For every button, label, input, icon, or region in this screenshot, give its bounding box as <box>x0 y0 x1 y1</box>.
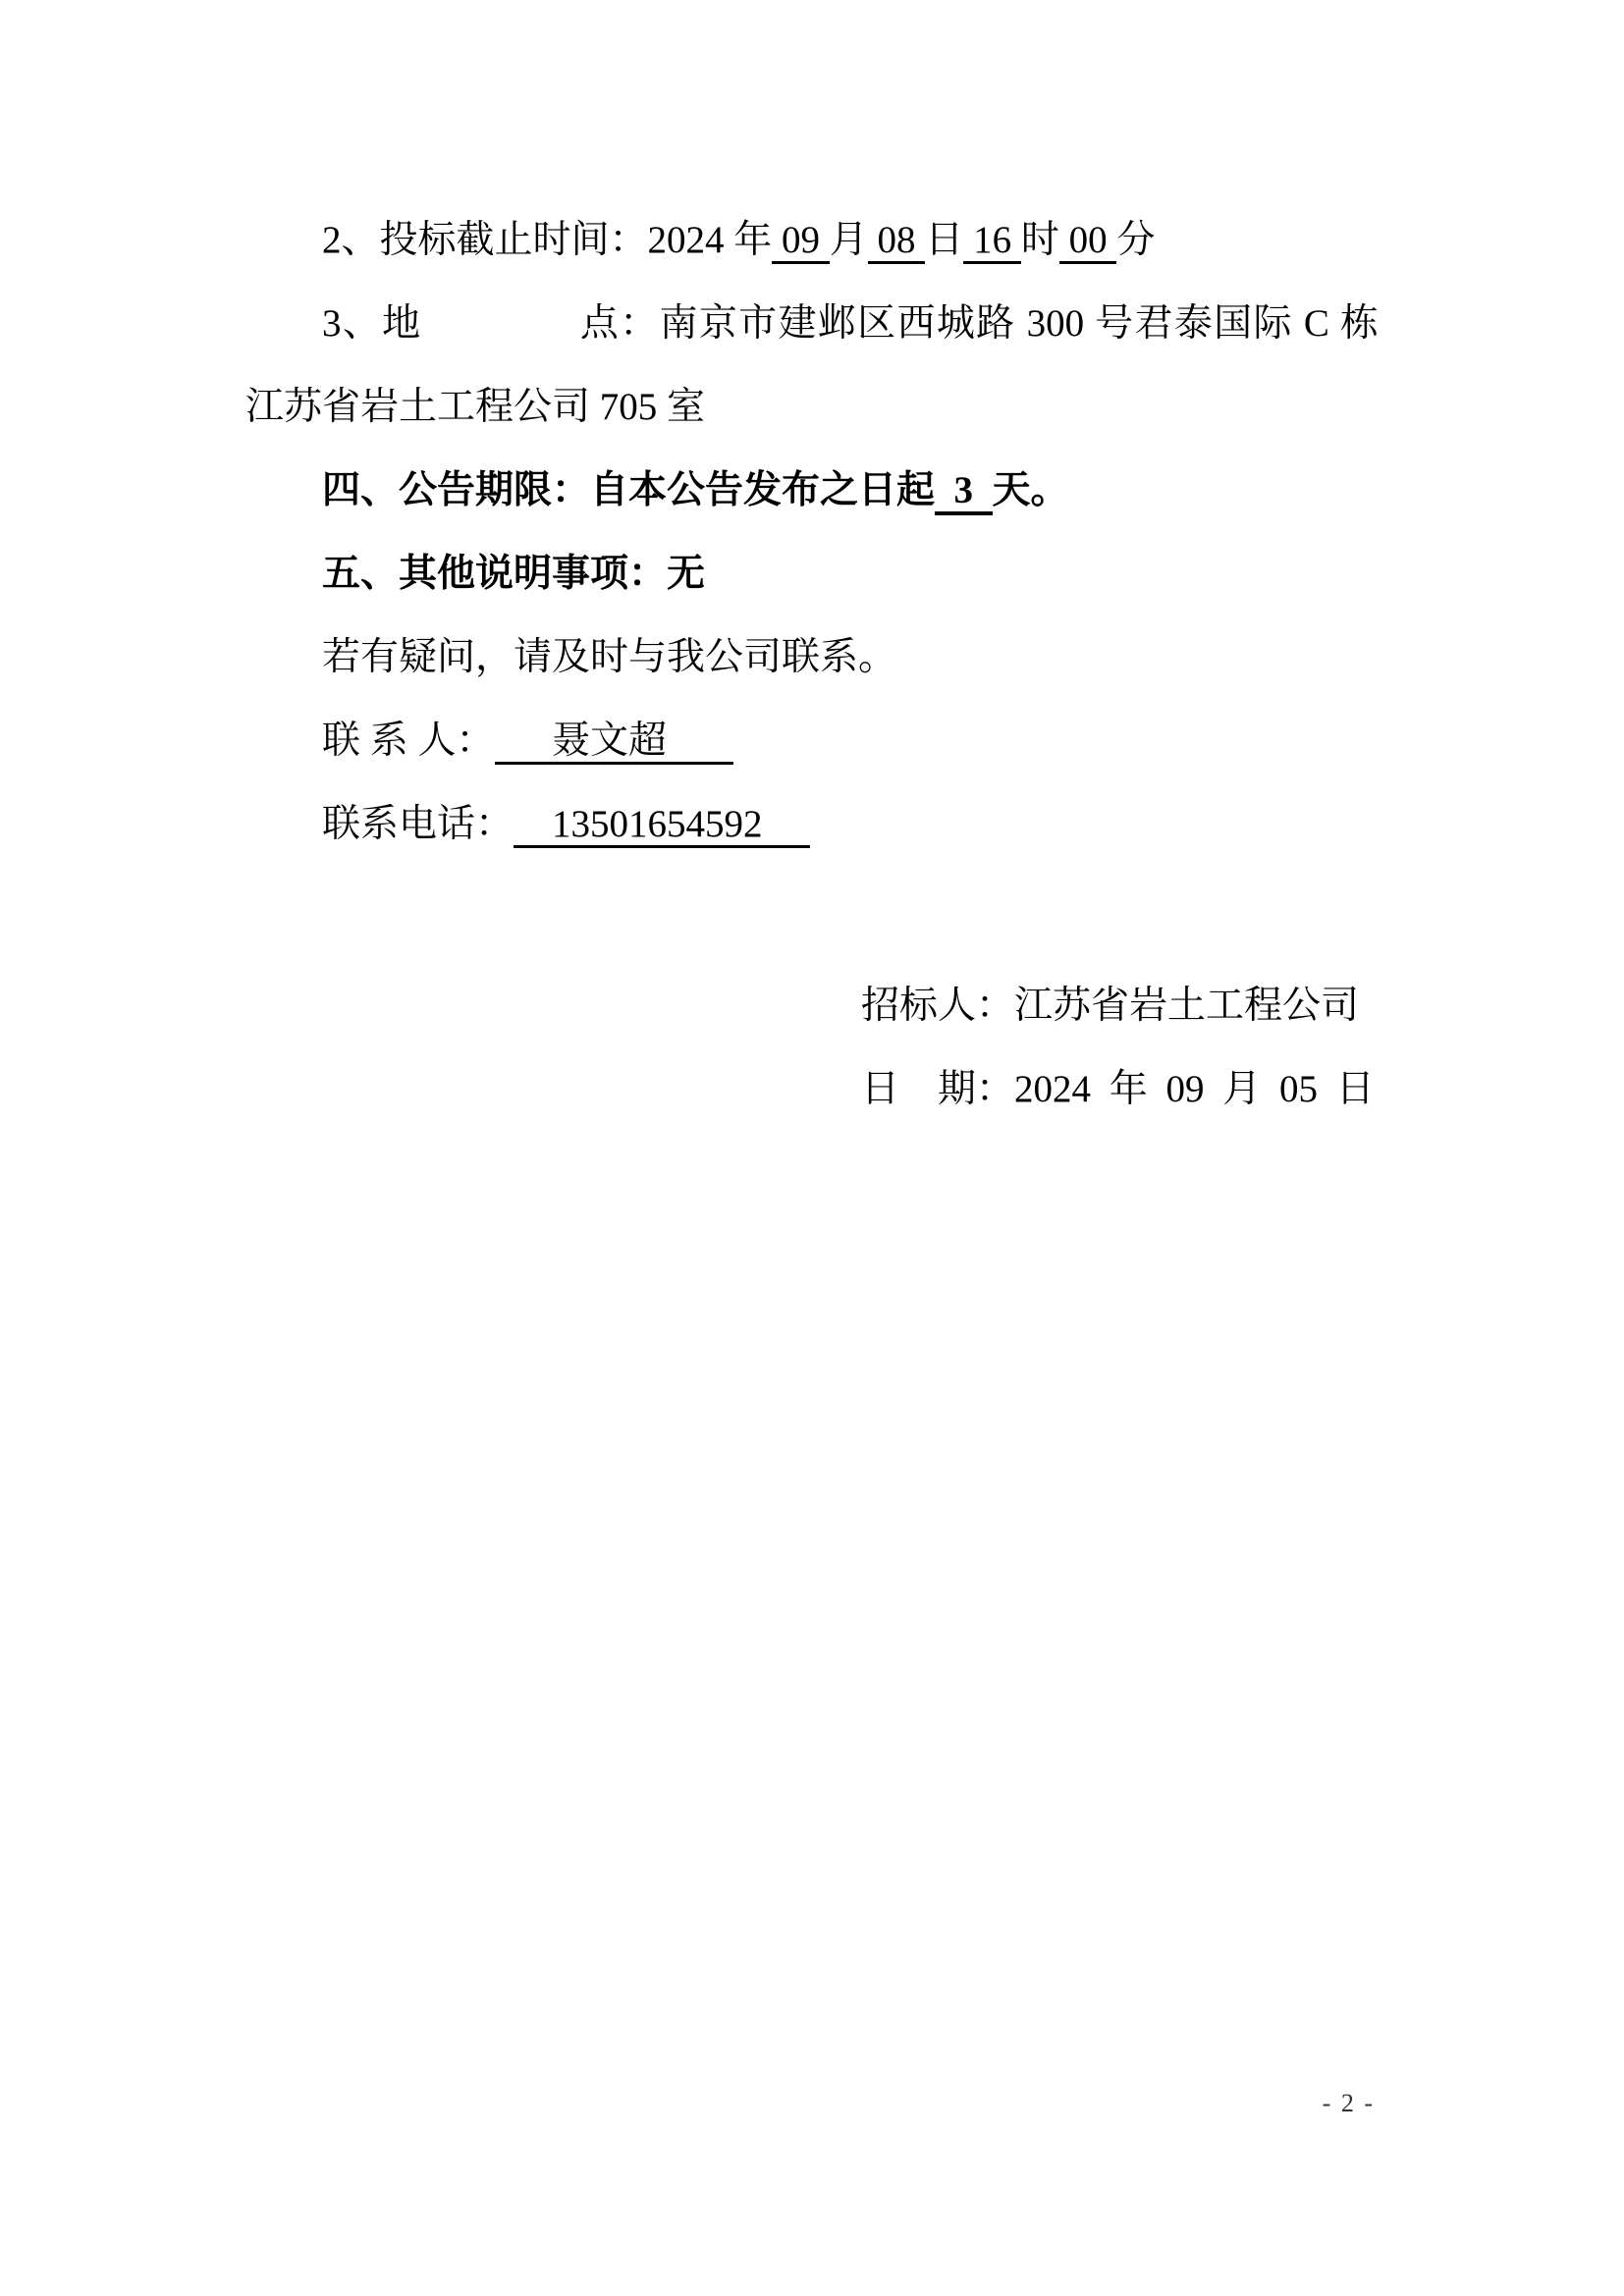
notice-period-line: 四、公告期限：自本公告发布之日起 3 天。 <box>245 449 1379 532</box>
location-line: 3、地 点：南京市建邺区西城路 300 号君泰国际 C 栋江苏省岩土工程公司 7… <box>245 282 1379 449</box>
other-notes-line: 五、其他说明事项：无 <box>245 532 1379 615</box>
location-label: 3、地 点： <box>322 302 660 345</box>
deadline-minute-blank: 00 <box>1059 219 1117 264</box>
deadline-hour-blank: 16 <box>963 219 1021 264</box>
notice-period-blank: 3 <box>935 469 993 515</box>
deadline-minute-unit: 分 <box>1116 219 1155 261</box>
page-number: - 2 - <box>1323 2089 1375 2118</box>
deadline-month-unit: 月 <box>830 219 868 261</box>
signature-block: 招标人：江苏省岩土工程公司 日 期：2024 年 09 月 05 日 <box>861 964 1379 1131</box>
deadline-year: 2024 年 <box>648 219 773 261</box>
tenderer-line: 招标人：江苏省岩土工程公司 <box>861 964 1379 1047</box>
notice-period-prefix: 四、公告期限：自本公告发布之日起 <box>322 469 935 511</box>
contact-person-value: 聂文超 <box>495 720 734 765</box>
contact-phone-label: 联系电话： <box>322 803 514 845</box>
deadline-day-unit: 日 <box>925 219 963 261</box>
contact-person-line: 联 系 人： 聂文超 <box>245 699 1379 782</box>
contact-phone-value: 13501654592 <box>514 803 810 848</box>
notice-period-suffix: 天。 <box>993 469 1069 511</box>
deadline-label: 2、投标截止时间： <box>322 219 648 261</box>
document-body: 2、投标截止时间：2024 年 09 月 08 日 16 时 00 分 3、地 … <box>245 198 1379 1131</box>
contact-person-label: 联 系 人： <box>322 720 495 762</box>
contact-note-line: 若有疑问，请及时与我公司联系。 <box>245 615 1379 699</box>
deadline-day-blank: 08 <box>868 219 926 264</box>
contact-phone-line: 联系电话： 13501654592 <box>245 782 1379 866</box>
document-page: 2、投标截止时间：2024 年 09 月 08 日 16 时 00 分 3、地 … <box>0 0 1624 2296</box>
deadline-line: 2、投标截止时间：2024 年 09 月 08 日 16 时 00 分 <box>245 198 1379 282</box>
deadline-hour-unit: 时 <box>1021 219 1059 261</box>
deadline-month-blank: 09 <box>772 219 830 264</box>
date-line: 日 期：2024 年 09 月 05 日 <box>861 1047 1379 1131</box>
